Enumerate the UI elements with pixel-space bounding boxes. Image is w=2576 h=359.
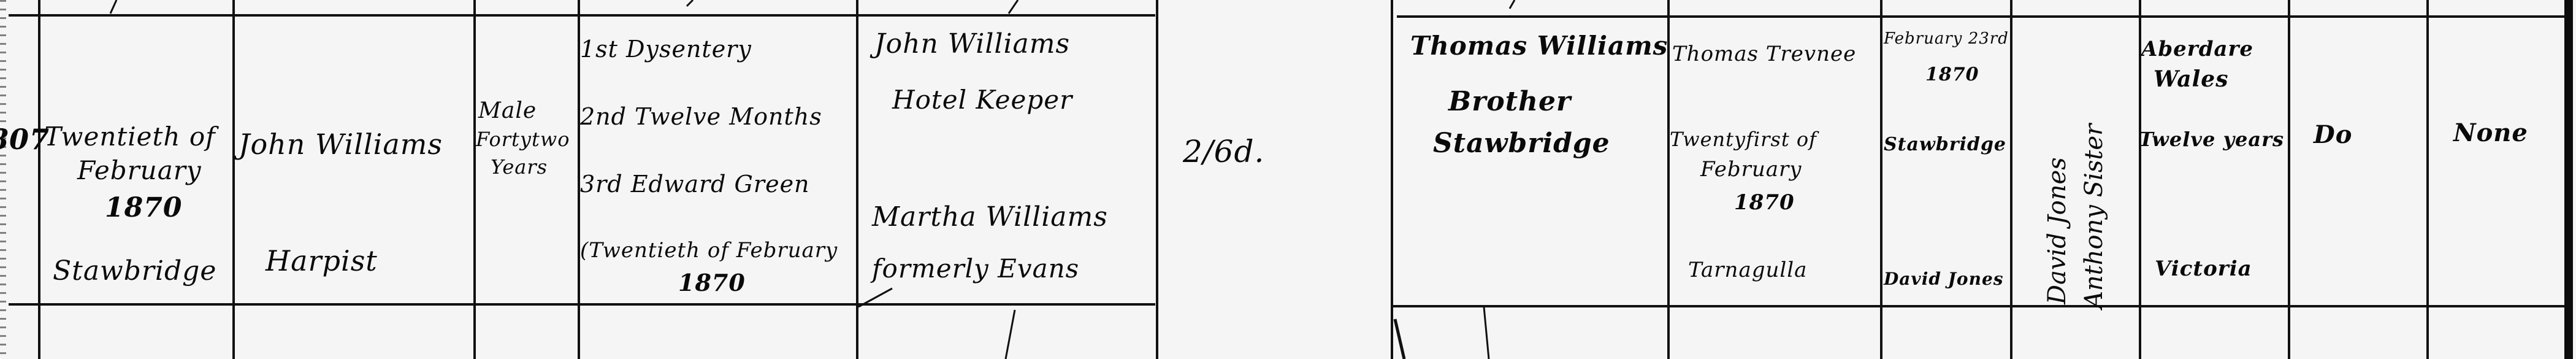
witness-1: David Jones: [2043, 157, 2071, 304]
colony-name: Victoria: [2155, 257, 2252, 281]
death-date-line1: Twentieth of: [44, 122, 216, 152]
row-top-rule: [9, 14, 1155, 17]
cell-fee: 2/6d.: [1158, 17, 1391, 304]
page-right-edge: [2564, 0, 2573, 359]
mother-name: Martha Williams: [872, 201, 1108, 233]
witness-2: Anthony Sister: [2080, 124, 2108, 309]
deceased-age-line1: Fortytwo: [476, 128, 570, 151]
cell-parents: John Williams Hotel Keeper Martha Willia…: [858, 17, 1156, 304]
informant-relation: Brother: [1448, 86, 1571, 117]
cell-issue: None: [2429, 17, 2564, 304]
burial-date-line1: February 23rd: [1884, 29, 2009, 48]
page-left-edge: [0, 0, 6, 359]
cell-witnesses: David Jones Anthony Sister: [2012, 17, 2139, 304]
issue-value: None: [2453, 118, 2528, 147]
cause-item-3: 3rd Edward Green: [580, 171, 810, 198]
cause-item-4-line2: 1870: [678, 269, 746, 296]
cell-burial: February 23rd 1870 Stawbridge David Jone…: [1882, 17, 2010, 304]
cell-sex-age: Male Fortytwo Years: [476, 17, 578, 304]
birthplace-line1: Aberdare: [2141, 37, 2253, 61]
registrar-name: Thomas Trevnee: [1672, 42, 1856, 66]
informant-name: Thomas Williams: [1410, 31, 1668, 61]
years-in-colony: Twelve years: [2139, 128, 2284, 151]
cell-informant: Thomas Williams Brother Stawbridge: [1393, 17, 1667, 304]
cell-registrar: Thomas Trevnee Twentyfirst of February 1…: [1670, 17, 1880, 304]
registration-date-line3: 1870: [1734, 190, 1795, 215]
death-register-page: 807 Twentieth of February 1870 Stawbridg…: [0, 0, 2576, 359]
registration-date-line1: Twentyfirst of: [1670, 128, 1817, 151]
undertaker-name: David Jones: [1884, 269, 2004, 289]
cause-item-4-line1: (Twentieth of February: [580, 238, 838, 263]
birthplace-line2: Wales: [2154, 66, 2228, 92]
cause-item-1: 1st Dysentery: [580, 36, 752, 63]
informant-residence: Stawbridge: [1433, 128, 1610, 159]
mother-maiden-name: formerly Evans: [872, 253, 1079, 284]
cell-name-occupation: John Williams Harpist: [235, 17, 473, 304]
death-place: Stawbridge: [53, 255, 216, 287]
cause-item-2: 2nd Twelve Months: [580, 103, 822, 130]
father-occupation: Hotel Keeper: [892, 85, 1072, 115]
deceased-name: John Williams: [239, 128, 443, 161]
death-date-line3: 1870: [105, 192, 182, 223]
deceased-occupation: Harpist: [266, 244, 378, 277]
burial-date-line2: 1870: [1925, 64, 1979, 85]
marriage-value: Do: [2314, 120, 2352, 149]
row-bottom-rule-right: [1391, 305, 2565, 307]
cell-marriage: Do: [2290, 17, 2426, 304]
registration-fee: 2/6d.: [1183, 134, 1264, 169]
death-date-line2: February: [77, 155, 202, 185]
deceased-age-line2: Years: [491, 155, 548, 179]
cell-when-where-died: Twentieth of February 1870 Stawbridge: [40, 17, 232, 304]
father-name: John Williams: [874, 28, 1070, 60]
deceased-sex: Male: [478, 98, 537, 123]
registration-date-line2: February: [1700, 157, 1802, 182]
burial-place: Stawbridge: [1884, 134, 2006, 155]
cell-cause-of-death: 1st Dysentery 2nd Twelve Months 3rd Edwa…: [580, 17, 856, 304]
registration-place: Tarnagulla: [1688, 258, 1807, 282]
cell-where-born: Aberdare Wales Twelve years Victoria: [2141, 17, 2288, 304]
